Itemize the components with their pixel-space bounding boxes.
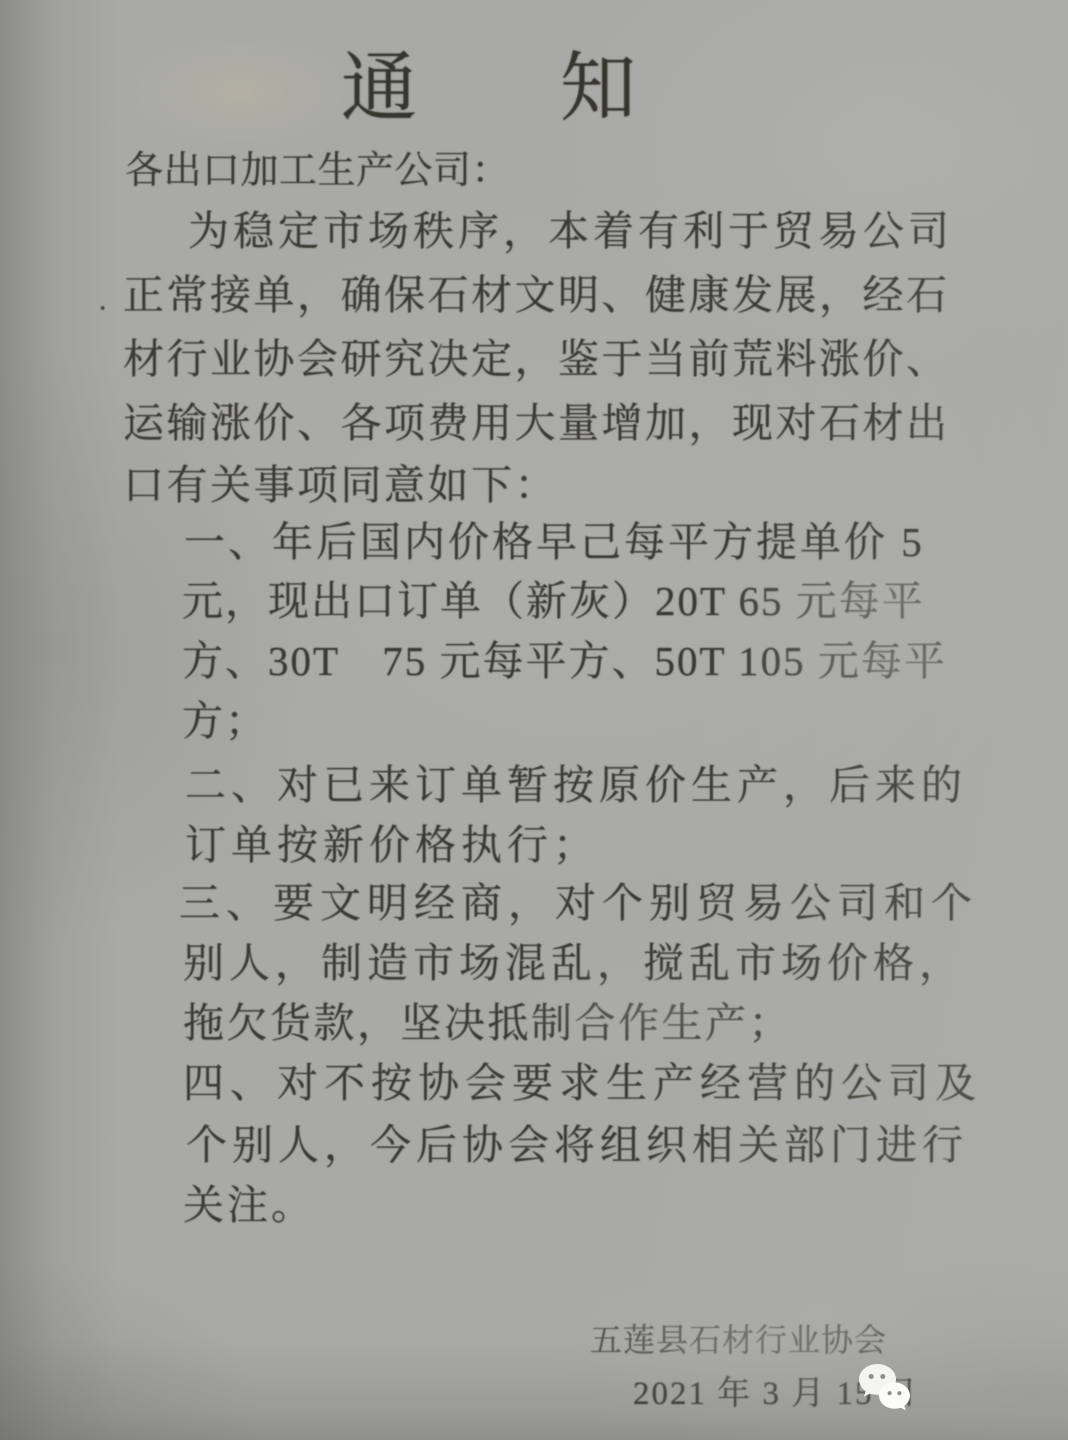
item1-line-2: 元，现出口订单（新灰）20T 65 元每平 <box>182 578 925 625</box>
title-char-1: 通 <box>341 47 417 131</box>
signature-line: 五莲县石材行业协会 <box>590 1322 887 1359</box>
notice-title: 通知 <box>341 48 636 132</box>
item1-line-4: 方； <box>182 698 268 745</box>
item3-line-2: 别人，制造市场混乱，搅乱市场价格， <box>183 940 965 987</box>
item4-line-1: 四、对不按协会要求生产经营的公司及 <box>183 1060 982 1107</box>
intro-line-1: 为稳定市场秩序，本着有利于贸易公司 <box>188 208 953 255</box>
item3-line-1: 三、要文明经商，对个别贸易公司和个 <box>179 880 978 927</box>
intro-line-5: 口有关事项同意如下： <box>123 462 558 509</box>
intro-line-3: 材行业协会研究决定，鉴于当前荒料涨价、 <box>123 336 950 383</box>
intro-line-4: 运输涨价、各项费用大量增加，现对石材出 <box>123 400 950 447</box>
item4-line-2: 个别人，今后协会将组织相关部门进行 <box>186 1122 968 1169</box>
title-char-2: 知 <box>560 47 636 131</box>
item1-line-3: 方、30T 75 元每平方、50T 105 元每平 <box>182 638 947 685</box>
notice-document-photo: 通知 各出口加工生产公司： 为稳定市场秩序，本着有利于贸易公司 正常接单，确保石… <box>0 0 1068 1440</box>
item4-line-3: 关注。 <box>183 1182 315 1229</box>
salutation-line: 各出口加工生产公司： <box>125 150 510 194</box>
item3-line-3: 拖欠货款，坚决抵制合作生产； <box>183 1000 792 1047</box>
item2-line-2: 订单按新价格执行； <box>185 822 599 869</box>
margin-dot-mark: · <box>97 290 108 328</box>
date-line: 2021 年 3 月 15 日 <box>633 1376 919 1414</box>
item2-line-1: 二、对已来订单暂按原价生产，后来的 <box>185 762 967 809</box>
intro-line-2: 正常接单，确保石材文明、健康发展，经石 <box>123 272 950 319</box>
item1-line-1: 一、年后国内价格早己每平方提单价 5 <box>184 519 925 566</box>
